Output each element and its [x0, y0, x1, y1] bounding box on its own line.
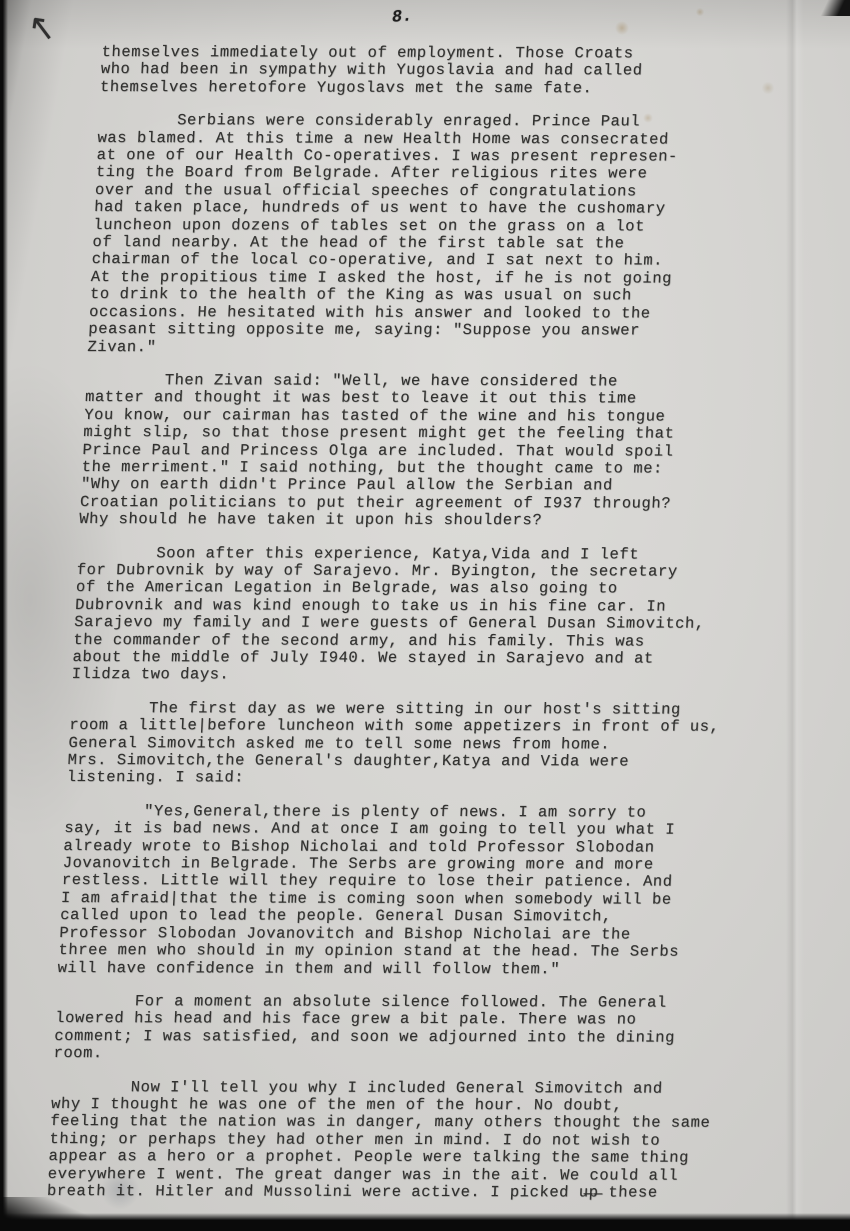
- paragraph-trip-to-dubrovnik: Soon after this experience, Katya,Vida a…: [71, 545, 818, 686]
- pen-arrow-mark: ↖: [25, 6, 59, 50]
- paragraph-croats-fate: themselves immediately out of employment…: [99, 44, 841, 98]
- paragraph-first-day-sitting: The first day as we were sitting in our …: [66, 700, 810, 789]
- typewritten-text: themselves immediately out of employment…: [46, 44, 842, 1218]
- page-edge-bottom: [0, 1213, 850, 1231]
- paragraph-men-of-the-hour: Now I'll tell you why I included General…: [46, 1079, 792, 1203]
- paragraph-serbians-enraged: Serbians were considerably enraged. Prin…: [87, 112, 839, 358]
- scanned-page: ↖ 8. themselves immediately out of emplo…: [0, 0, 850, 1231]
- paragraph-absolute-silence: For a moment an absolute silence followe…: [53, 993, 796, 1065]
- page-corner-top-right: [808, 0, 850, 16]
- page-number: 8.: [391, 7, 413, 27]
- paragraph-then-zivan-said: Then Zivan said: "Well, we have consider…: [79, 372, 826, 531]
- page-edge-left: [0, 0, 8, 1231]
- paragraph-yes-general-news: "Yes,General,there is plenty of news. I …: [57, 803, 805, 979]
- page-corner-bottom-left: [0, 1197, 90, 1231]
